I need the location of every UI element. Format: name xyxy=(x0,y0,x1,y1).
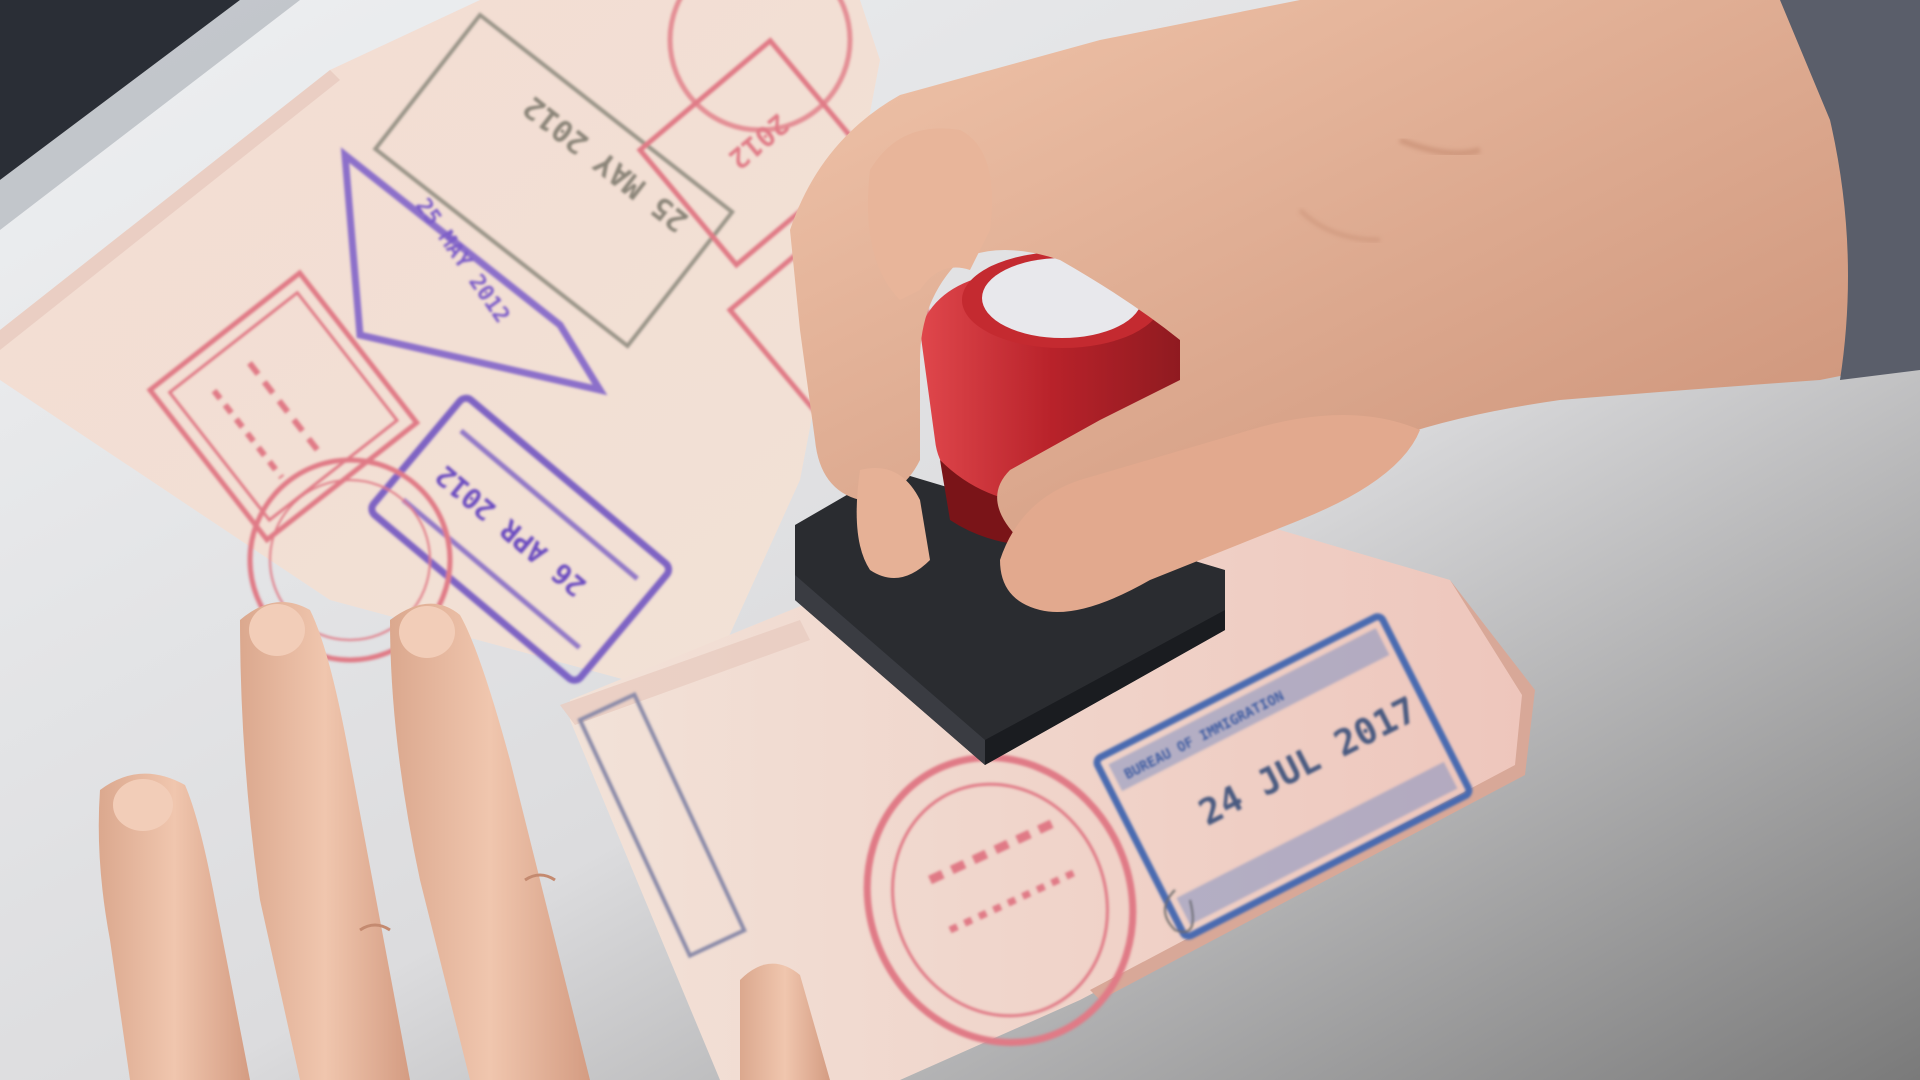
photo-scene: 25 MAY 2012 25 MAY 2012 26 APR 2012 2012 xyxy=(0,0,1920,1080)
